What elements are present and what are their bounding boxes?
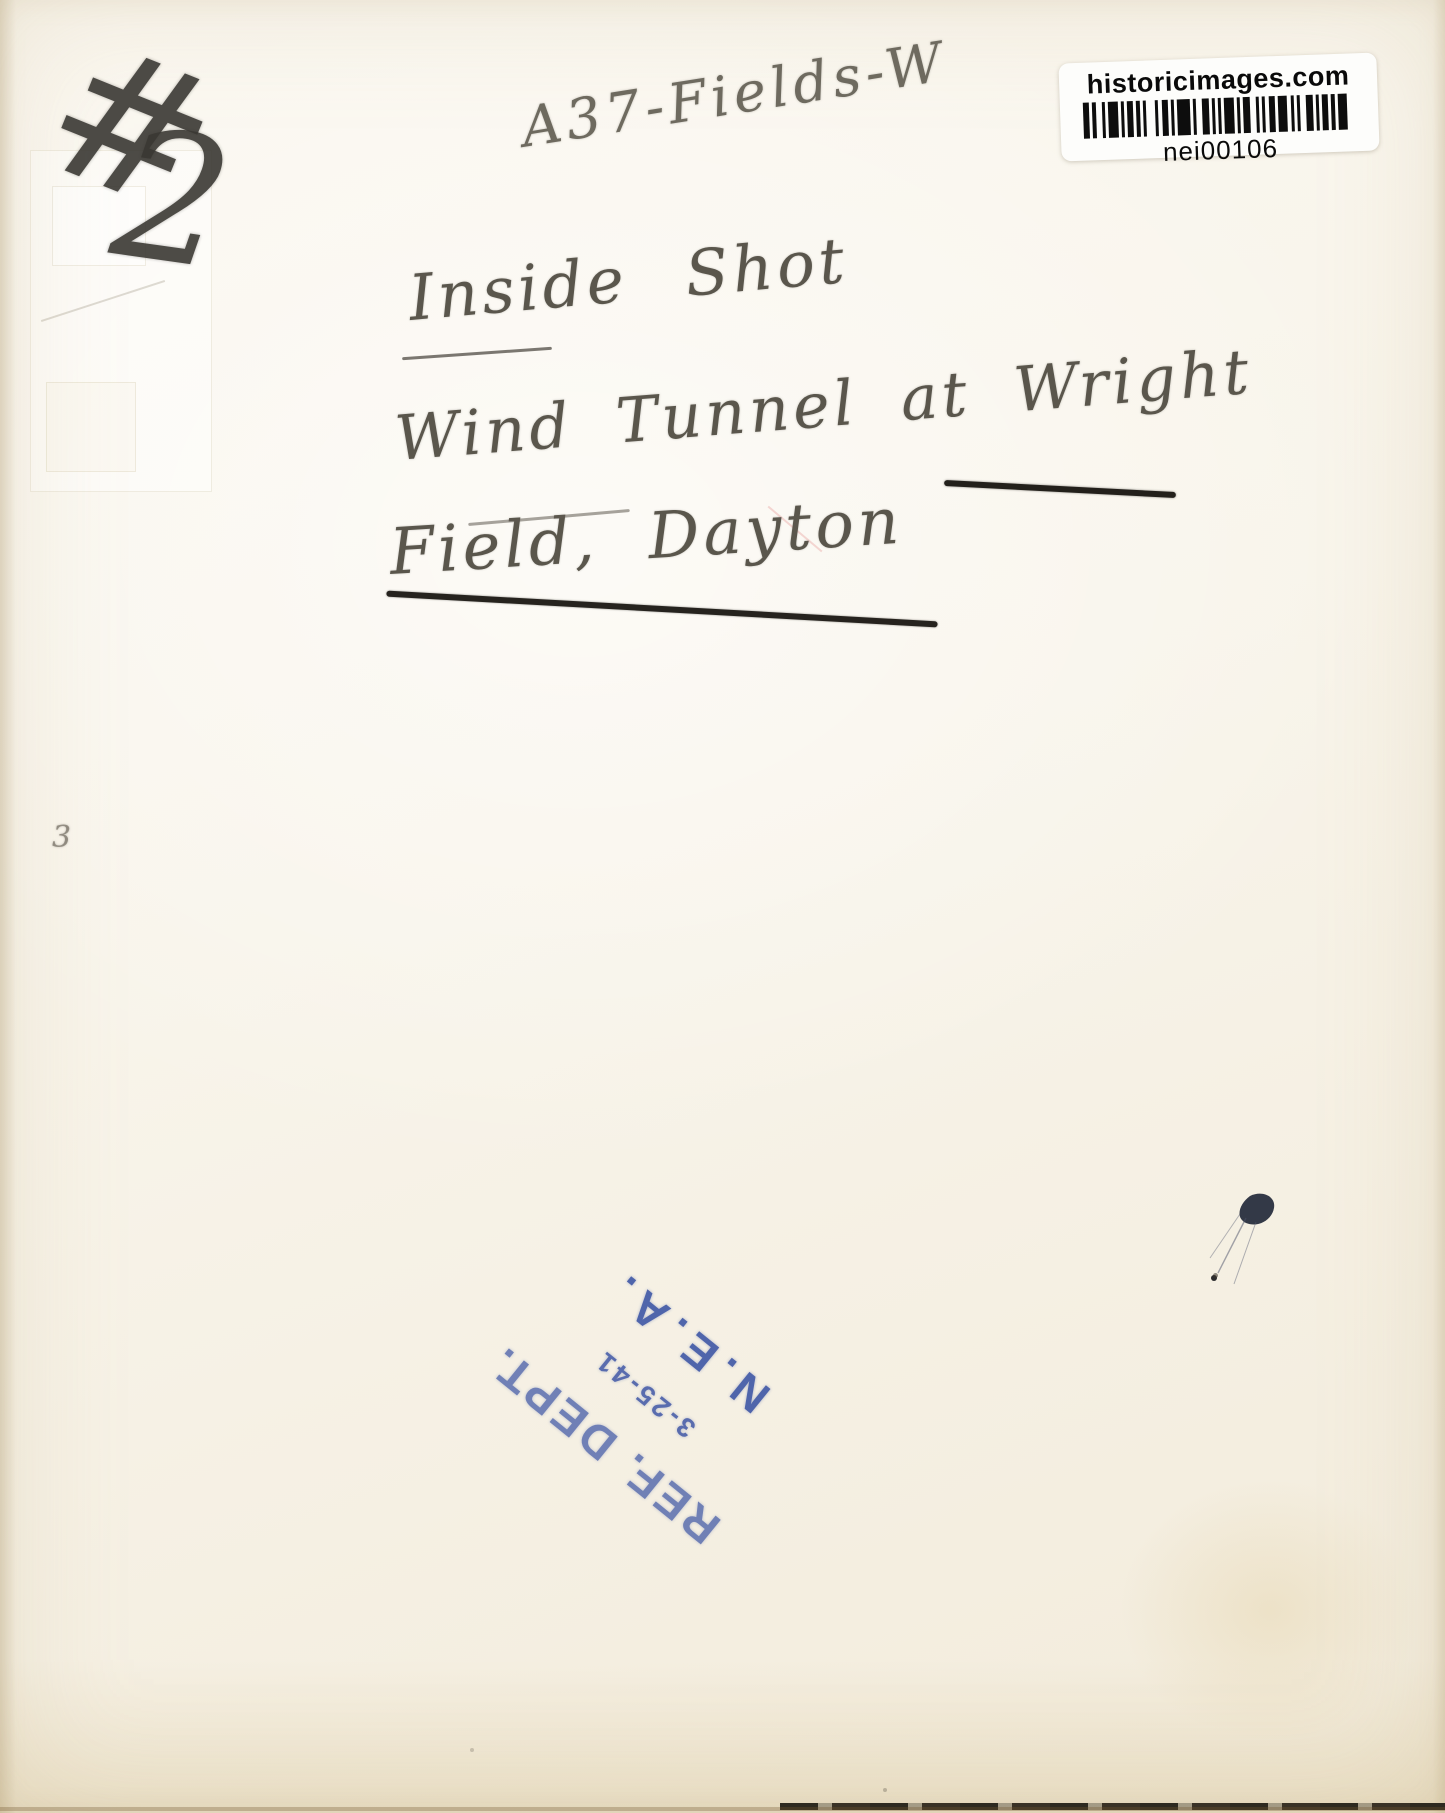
handwriting-line-3: Field, Dayton bbox=[387, 485, 905, 590]
paper-stain bbox=[1120, 1480, 1420, 1740]
underline-wright-heavy bbox=[944, 480, 1176, 498]
barcode-bar bbox=[1177, 99, 1191, 135]
top-annotation-handwriting: A37-Fields-W bbox=[517, 29, 951, 159]
barcode-gap bbox=[1347, 93, 1351, 129]
photo-back-paper: # 2 A37-Fields-W historicimages.com nei0… bbox=[0, 0, 1445, 1813]
paper-edge-shading bbox=[1433, 0, 1445, 1813]
ink-speck bbox=[1213, 1273, 1218, 1278]
barcode-label: historicimages.com nei00106 bbox=[1058, 52, 1379, 161]
handwriting-line-2: Wind Tunnel at Wright bbox=[392, 335, 1255, 475]
side-pencil-mark: 3 bbox=[52, 820, 71, 855]
underline-inside bbox=[402, 347, 552, 360]
bottom-edge-brown-line bbox=[0, 1807, 1445, 1811]
ink-smudge bbox=[1198, 1188, 1288, 1298]
underline-dayton-heavy bbox=[386, 591, 937, 628]
ref-dept-stamp: REF. DEPT. 3-25-41 N.E.A. bbox=[458, 1217, 832, 1570]
paper-edge-shading bbox=[0, 0, 16, 1813]
paper-speck bbox=[883, 1788, 887, 1792]
paper-stain bbox=[0, 1660, 1445, 1813]
handwriting-line-1: Inside Shot bbox=[406, 224, 851, 335]
bottom-edge-dark-line bbox=[780, 1803, 1445, 1810]
tape-residue-patch bbox=[46, 382, 136, 472]
paper-speck bbox=[470, 1748, 474, 1752]
